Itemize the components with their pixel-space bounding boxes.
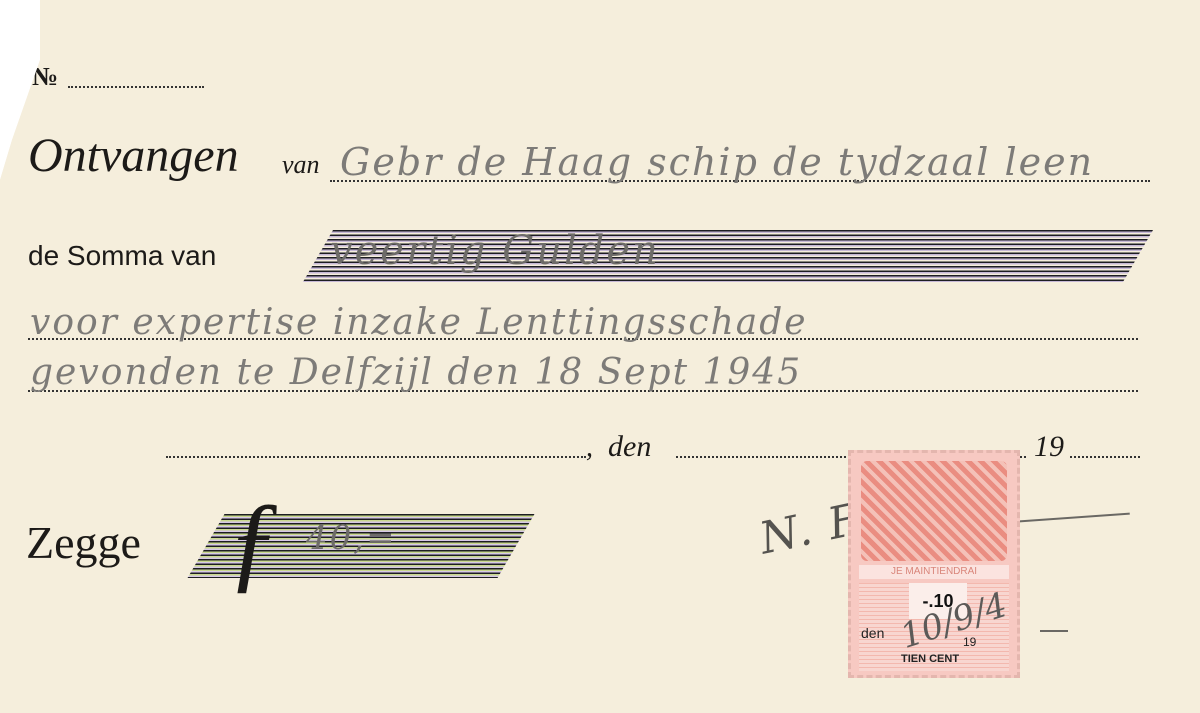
received-heading: Ontvangen [28, 128, 239, 183]
currency-symbol: ƒ [226, 486, 281, 596]
number-label: № [32, 62, 58, 92]
sum-handwritten: veertig Gulden [330, 228, 660, 274]
amount-handwritten: 40,= [306, 518, 397, 558]
place-field [166, 456, 586, 458]
stamp-den-label: den [861, 625, 884, 641]
comma: , [586, 432, 593, 464]
from-handwritten: Gebr de Haag schip de tydzaal leen [340, 140, 1094, 184]
sum-label: de Somma van [28, 240, 216, 272]
purpose-handwritten-1: voor expertise inzake Lenttingsschade [30, 302, 808, 343]
dash-mark [1040, 630, 1068, 632]
stamp-motto: JE MAINTIENDRAI [859, 565, 1009, 579]
say-label: Zegge [26, 516, 141, 569]
year-prefix: 19 [1034, 430, 1064, 464]
number-field [68, 86, 204, 88]
purpose-handwritten-2: gevonden te Delfzijl den 18 Sept 1945 [30, 352, 802, 393]
year-field [1070, 456, 1140, 458]
receipt-paper: № Ontvangen van Gebr de Haag schip de ty… [0, 0, 1200, 713]
revenue-stamp: JE MAINTIENDRAI -.10 den 19 TIEN CENT 10… [848, 450, 1020, 678]
crest-icon [861, 461, 1007, 561]
date-label: den [608, 430, 651, 464]
from-label: van [282, 150, 320, 180]
